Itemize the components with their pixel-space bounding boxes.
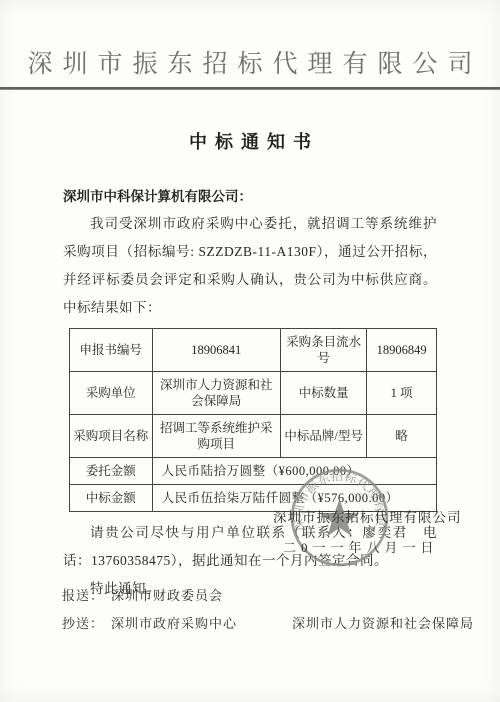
- recipient-line: 深圳市中科保计算机有限公司：: [63, 185, 437, 205]
- cell-value: 人民币陆拾万圆整（¥600,000.00）: [152, 458, 436, 485]
- cell-value: 招调工等系统维护采购项目: [152, 415, 280, 458]
- cell-label: 委托金额: [70, 458, 153, 485]
- cell-value: 18906841: [152, 329, 280, 372]
- table-row-project-name: 采购项目名称 招调工等系统维护采购项目 中标品牌/型号 略: [70, 415, 437, 458]
- submit-recipient: 深圳市财政委员会: [111, 588, 223, 603]
- scanned-document-page: 深圳市振东招标代理有限公司 中标通知书 深圳市中科保计算机有限公司： 我司受深圳…: [0, 0, 500, 702]
- cell-label: 申报书编号: [70, 329, 153, 372]
- letterhead-double-rule: [0, 87, 500, 90]
- cell-label: 采购条目流水号: [281, 329, 367, 372]
- copy-recipient-2: 深圳市人力资源和社会保障局: [292, 616, 474, 631]
- cell-value: 18906849: [367, 329, 437, 372]
- cell-value: 深圳市人力资源和社会保障局: [152, 372, 280, 415]
- award-result-table: 申报书编号 18906841 采购条目流水号 18906849 采购单位 深圳市…: [69, 328, 437, 512]
- signature-company-name: 深圳市振东招标代理有限公司: [273, 506, 462, 526]
- submit-label: 报送：: [62, 588, 104, 603]
- footer-submit-line: 报送：深圳市财政委员会: [62, 585, 223, 604]
- cell-value: 略: [367, 415, 437, 458]
- cell-label: 采购项目名称: [70, 415, 153, 458]
- cell-label: 中标金额: [70, 485, 153, 512]
- document-title: 中标通知书: [0, 128, 500, 154]
- footer-copy-line: 抄送：深圳市政府采购中心深圳市人力资源和社会保障局: [62, 613, 474, 632]
- copy-recipient-1: 深圳市政府采购中心: [111, 616, 237, 631]
- cell-label: 采购单位: [70, 372, 153, 415]
- intro-paragraph: 我司受深圳市政府采购中心委托，就招调工等系统维护采购项目（招标编号: SZZDZ…: [63, 210, 437, 322]
- cell-value: 1 项: [367, 372, 437, 415]
- table-row-declaration-no: 申报书编号 18906841 采购条目流水号 18906849: [70, 329, 437, 372]
- table-row-purchaser: 采购单位 深圳市人力资源和社会保障局 中标数量 1 项: [70, 372, 437, 415]
- signature-date: 二0一一年八月一日: [283, 537, 439, 556]
- cell-label: 中标品牌/型号: [281, 415, 367, 458]
- letterhead-company-name: 深圳市振东招标代理有限公司: [0, 44, 500, 80]
- cell-label: 中标数量: [281, 372, 367, 415]
- table-row-entrusted-amount: 委托金额 人民币陆拾万圆整（¥600,000.00）: [70, 458, 437, 485]
- copy-label: 抄送：: [62, 616, 104, 631]
